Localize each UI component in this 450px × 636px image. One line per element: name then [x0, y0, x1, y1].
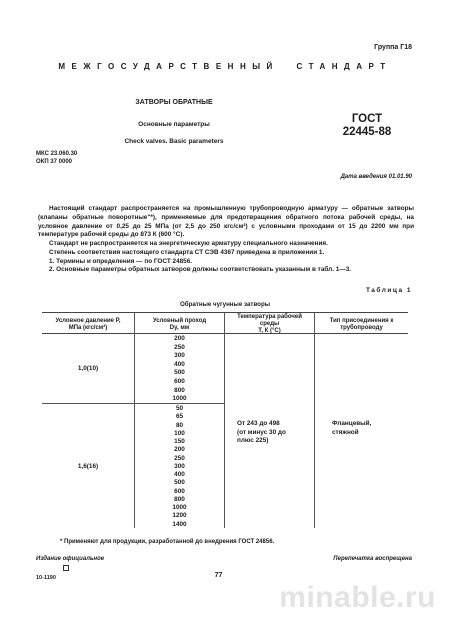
list-line: трубопроводу — [340, 325, 383, 332]
list-line: 800 — [135, 496, 224, 504]
list-line: 80 — [135, 422, 224, 430]
list-line: 50 — [135, 405, 224, 413]
list-line: Условное давление Р, — [55, 318, 120, 325]
classification-codes: МКС 23.060.30 ОКП 37 0000 — [36, 151, 77, 167]
list-line: 300 — [135, 352, 224, 361]
table-label: Таблица 1 — [366, 287, 412, 294]
list-line: 250 — [135, 344, 224, 353]
document-title: ЗАТВОРЫ ОБРАТНЫЕ — [35, 99, 313, 106]
gost-designation: ГОСТ 22445-88 — [322, 113, 412, 138]
effective-date: Дата введения 01.01.90 — [341, 174, 412, 180]
list-line: 1200 — [135, 512, 224, 520]
list-line: 500 — [135, 479, 224, 487]
list-line: 800 — [135, 387, 224, 396]
edition-square-mark — [63, 565, 69, 571]
list-line: МПа (кгс/см²) — [69, 325, 108, 332]
mks-code: МКС 23.060.30 — [36, 151, 77, 159]
list-line: 300 — [135, 463, 224, 471]
pressure-cell-group1: 1,0(10) — [42, 334, 135, 404]
reprint-prohibition-note: Перепечатка воспрещена — [333, 556, 412, 562]
list-line: 200 — [135, 446, 224, 454]
list-line: Температура рабочей среды — [227, 314, 312, 328]
body-text: Настоящий стандарт распространяется на п… — [38, 205, 414, 275]
page-number: 77 — [0, 572, 437, 579]
paragraph-scope: Настоящий стандарт распространяется на п… — [38, 205, 414, 240]
gost-designation-line1: ГОСТ — [322, 113, 412, 126]
table-title: Обратные чугунные затворы — [42, 301, 408, 308]
table-header-row: Условное давление Р,МПа (кгс/см²) Условн… — [42, 312, 408, 334]
standard-type-heading: МЕЖГОСУДАРСТВЕННЫЙ СТАНДАРТ — [0, 62, 450, 71]
document-page: Группа Г18 МЕЖГОСУДАРСТВЕННЫЙ СТАНДАРТ З… — [0, 0, 450, 636]
list-line: 400 — [135, 471, 224, 479]
list-line: плюс 225) — [237, 437, 310, 446]
list-line: От 243 до 498 — [237, 420, 310, 429]
list-line: 1400 — [135, 521, 224, 529]
pressure-cell-group2: 1,6(16) — [42, 404, 135, 528]
table-body: 1,0(10) 2002503004005006008001000 От 243… — [42, 334, 408, 528]
list-item-parameters: 2. Основные параметры обратных затворов … — [38, 266, 414, 275]
list-line: 600 — [135, 488, 224, 496]
list-line: 400 — [135, 361, 224, 370]
connection-type-cell: Фланцевый,стяжной — [315, 334, 408, 528]
list-line: 600 — [135, 378, 224, 387]
list-line: Dу, мм — [170, 325, 189, 332]
list-line: стяжной — [332, 429, 404, 438]
list-line: 65 — [135, 413, 224, 421]
list-line: 200 — [135, 335, 224, 344]
passage-values-group1: 2002503004005006008001000 — [135, 334, 225, 404]
document-subtitle-english: Check valves. Basic parameters — [35, 138, 313, 145]
paragraph-exclusion: Стандарт не распространяется на энергети… — [38, 240, 414, 249]
list-line: Фланцевый, — [332, 420, 404, 429]
site-watermark: minable.ru — [279, 581, 436, 615]
list-item-terms: 1. Термины и определения — по ГОСТ 24856… — [38, 258, 414, 267]
edition-note: Издание официальное — [36, 556, 104, 562]
list-line: 100 — [135, 430, 224, 438]
okp-code: ОКП 37 0000 — [36, 159, 77, 167]
list-line: 250 — [135, 455, 224, 463]
passage-values-group2: 5065801001502002503004005006008001000120… — [135, 404, 225, 528]
group-label: Группа Г18 — [374, 44, 412, 51]
list-line: 1000 — [135, 395, 224, 404]
paragraph-conformity: Степень соответствия настоящего стандарт… — [38, 249, 414, 258]
list-line: Тип присоединения к — [330, 318, 394, 325]
list-line: 150 — [135, 438, 224, 446]
table-footnote: * Применяют для продукции, разработанной… — [60, 539, 274, 545]
temperature-cell: От 243 до 498(от минус 30 доплюс 225) — [225, 334, 315, 528]
gost-designation-line2: 22445-88 — [322, 126, 412, 139]
parameters-table: Условное давление Р,МПа (кгс/см²) Условн… — [42, 312, 408, 528]
list-line: 500 — [135, 369, 224, 378]
list-line: Условный проход — [153, 318, 206, 325]
document-subtitle: Основные параметры — [35, 121, 313, 128]
list-line: (от минус 30 до — [237, 429, 310, 438]
list-line: 1000 — [135, 504, 224, 512]
